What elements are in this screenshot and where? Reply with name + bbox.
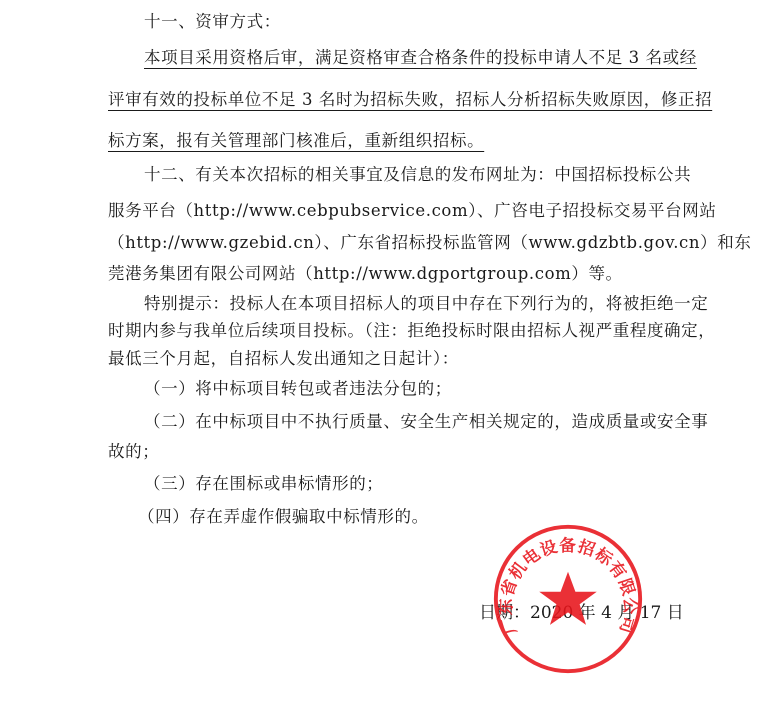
item-1: （一）将中标项目转包或者违法分包的； [144,375,452,399]
section-12-line-2: 服务平台（http://www.cebpubservice.com）、广咨电子招… [108,197,660,221]
section-11-line-1: 本项目采用资格后审，满足资格审查合格条件的投标申请人不足 3 名或经 [144,44,660,68]
item-2-line-1: （二）在中标项目中不执行质量、安全生产相关规定的，造成质量或安全事 [144,408,660,432]
company-seal-stamp: 广东省机电设备招标有限公司 [490,521,646,677]
item-2-line-2: 故的； [108,438,159,462]
special-note-line-2: 时期内参与我单位后续项目投标。（注：拒绝投标时限由招标人视严重程度确定， [108,317,660,341]
section-11-line-3: 标方案，报有关管理部门核准后，重新组织招标。 [108,127,484,151]
section-11-heading: 十一、资审方式： [144,8,281,32]
star-icon [539,572,597,625]
section-12-line-3: （http://www.gzebid.cn）、广东省招标投标监管网（www.gd… [108,229,660,253]
special-note-line-1: 特别提示：投标人在本项目招标人的项目中存在下列行为的，将被拒绝一定 [144,290,660,314]
special-note-line-3: 最低三个月起，自招标人发出通知之日起计）： [108,345,459,369]
section-12-line-1: 十二、有关本次招标的相关事宜及信息的发布网址为：中国招标投标公共 [144,161,660,185]
item-3: （三）存在围标或串标情形的； [144,470,383,494]
item-4: （四）存在弄虚作假骗取中标情形的。 [138,503,429,527]
section-12-line-4: 莞港务集团有限公司网站（http://www.dgportgroup.com）等… [108,260,623,284]
section-11-line-2: 评审有效的投标单位不足 3 名时为招标失败，招标人分析招标失败原因，修正招 [108,86,660,110]
